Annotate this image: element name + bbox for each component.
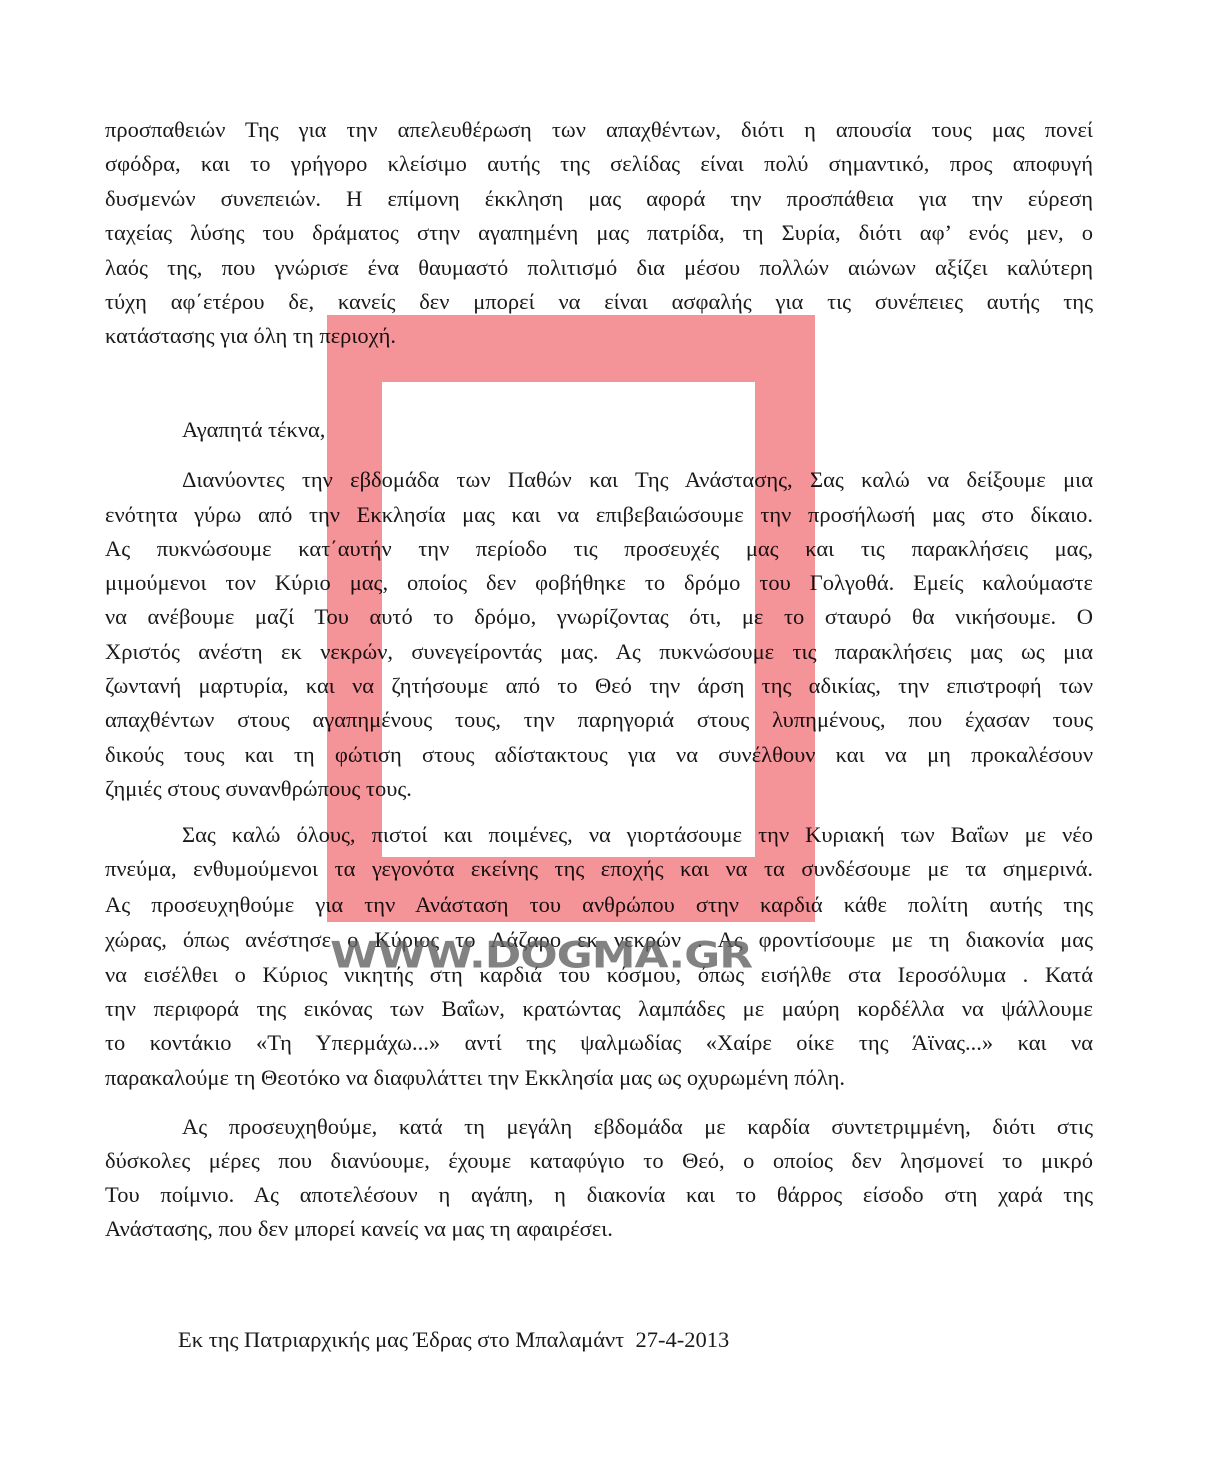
text-line: ζημιές στους συνανθρώπους τους. <box>105 772 1093 806</box>
salutation: Αγαπητά τέκνα, <box>182 413 325 447</box>
text-line: Ας πυκνώσουμε κατ΄αυτήν την περίοδο τις … <box>105 532 1093 566</box>
text-line: ενότητα γύρω από την Εκκλησία μας και να… <box>105 498 1093 532</box>
text-line: σφόδρα, και το γρήγορο κλείσιμο αυτής τη… <box>105 147 1093 181</box>
text-line: προσπαθειών Της για την απελευθέρωση των… <box>105 113 1093 147</box>
text-line: πνεύμα, ενθυμούμενοι τα γεγονότα εκείνης… <box>105 852 1093 886</box>
text-line: ταχείας λύσης του δράματος στην αγαπημέν… <box>105 216 1093 250</box>
text-line: Ας προσευχηθούμε, κατά τη μεγάλη εβδομάδ… <box>182 1110 1093 1144</box>
text-line: Ας προσευχηθούμε για την Ανάσταση του αν… <box>105 888 1093 922</box>
text-line: Διανύοντες την εβδομάδα των Παθών και Τη… <box>182 463 1093 497</box>
text-line: την περιφορά της εικόνας των Βαΐων, κρατ… <box>105 992 1093 1026</box>
text-line: ζωντανή μαρτυρία, και να ζητήσουμε από τ… <box>105 669 1093 703</box>
text-line: το κοντάκιο «Τη Υπερμάχω...» αντί της ψα… <box>105 1026 1093 1060</box>
scanned-letter-page: προσπαθειών Της για την απελευθέρωση των… <box>0 0 1216 1462</box>
text-line: δυσμενών συνεπειών. Η επίμονη έκκληση μα… <box>105 182 1093 216</box>
text-line: δικούς τους και τη φώτιση στους αδίστακτ… <box>105 738 1093 772</box>
text-line: τύχη αφ΄ετέρου δε, κανείς δεν μπορεί να … <box>105 285 1093 319</box>
text-line: να εισέλθει ο Κύριος νικητής στη καρδιά … <box>105 958 1093 992</box>
text-line: μιμούμενοι τον Κύριο μας, οποίος δεν φοβ… <box>105 566 1093 600</box>
text-line: Χριστός ανέστη εκ νεκρών, συνεγείροντάς … <box>105 635 1093 669</box>
text-line: Ανάστασης, που δεν μπορεί κανείς να μας … <box>105 1212 1093 1246</box>
text-line: κατάστασης για όλη τη περιοχή. <box>105 319 1093 353</box>
closing-place-date: Εκ της Πατριαρχικής μας Έδρας στο Μπαλαμ… <box>178 1323 729 1357</box>
text-line: δύσκολες μέρες που διανύουμε, έχουμε κατ… <box>105 1144 1093 1178</box>
text-line: απαχθέντων στους αγαπημένους τους, την π… <box>105 703 1093 737</box>
text-line: χώρας, όπως ανέστησε ο Κύριος το Λάζαρο … <box>105 923 1093 957</box>
text-line: Του ποίμνιο. Ας αποτελέσουν η αγάπη, η δ… <box>105 1178 1093 1212</box>
text-line: Σας καλώ όλους, πιστοί και ποιμένες, να … <box>182 818 1093 852</box>
text-line: να ανέβουμε μαζί Του αυτό το δρόμο, γνωρ… <box>105 600 1093 634</box>
text-line: λαός της, που γνώρισε ένα θαυμαστό πολιτ… <box>105 251 1093 285</box>
text-line: παρακαλούμε τη Θεοτόκο να διαφυλάττει τη… <box>105 1061 1093 1095</box>
